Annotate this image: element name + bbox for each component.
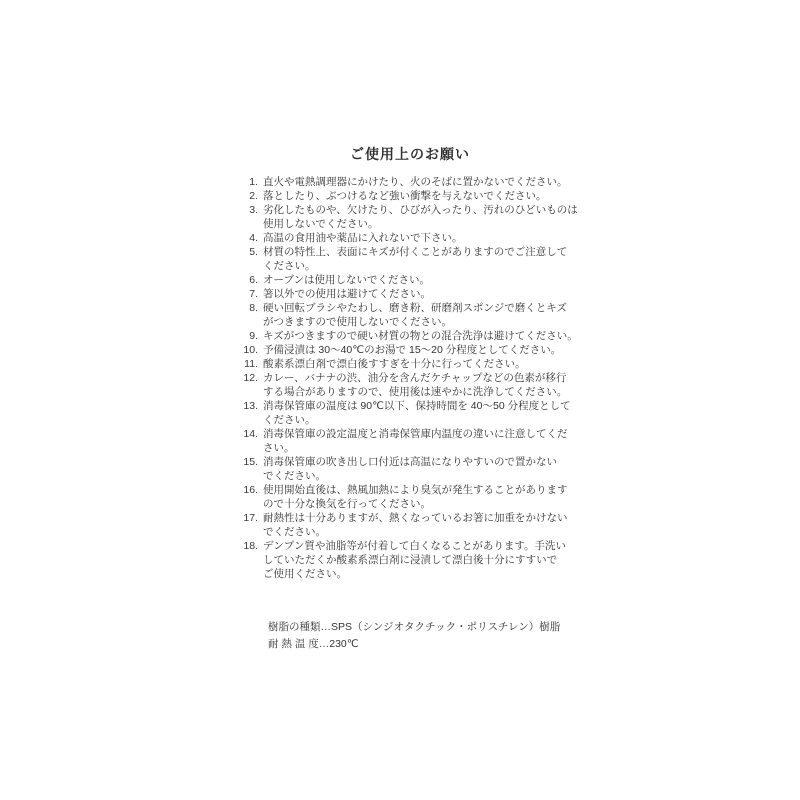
list-item-number: 16. bbox=[240, 483, 263, 497]
list-item-text: カレー、バナナの渋、油分を含んだケチャップなどの色素が移行 する場合がありますの… bbox=[263, 371, 580, 399]
instruction-sheet-page: ご使用上のお願い 1.直火や電熱調理器にかけたり、火のそばに置かないでください。… bbox=[0, 0, 800, 800]
list-item-text: オーブンは使用しないでください。 bbox=[263, 273, 580, 287]
list-item: 7.箸以外での使用は避けてください。 bbox=[240, 287, 580, 301]
list-item: 9.キズがつきますので硬い材質の物との混合洗浄は避けてください。 bbox=[240, 329, 580, 343]
list-item-text: 消毒保管庫の温度は 90℃以下、保持時間を 40〜50 分程度として ください。 bbox=[263, 399, 580, 427]
list-item: 11.酸素系漂白剤で漂白後すすぎを十分に行ってください。 bbox=[240, 357, 580, 371]
list-item-number: 4. bbox=[240, 231, 263, 245]
list-item: 4.高温の食用油や薬品に入れないで下さい。 bbox=[240, 231, 580, 245]
list-item-number: 8. bbox=[240, 301, 263, 315]
list-item-number: 11. bbox=[240, 357, 263, 371]
list-item-text: 酸素系漂白剤で漂白後すすぎを十分に行ってください。 bbox=[263, 357, 580, 371]
list-item-number: 13. bbox=[240, 399, 263, 413]
list-item-text: 消毒保管庫の吹き出し口付近は高温になりやすいので置かない でください。 bbox=[263, 455, 580, 483]
list-item-text: 直火や電熱調理器にかけたり、火のそばに置かないでください。 bbox=[263, 175, 580, 189]
list-item: 14.消毒保管庫の設定温度と消毒保管庫内温度の違いに注意してくだ さい。 bbox=[240, 427, 580, 455]
list-item-text: 高温の食用油や薬品に入れないで下さい。 bbox=[263, 231, 580, 245]
resin-type-line: 樹脂の種類…SPS（シンジオタクチック・ポリスチレン）樹脂 bbox=[268, 619, 580, 636]
list-item-number: 3. bbox=[240, 203, 263, 217]
page-title: ご使用上のお願い bbox=[240, 146, 580, 162]
list-item-text: 硬い回転ブラシやたわし、磨き粉、研磨剤スポンジで磨くとキズ がつきますので使用し… bbox=[263, 301, 580, 329]
list-item-text: 予備浸漬は 30〜40℃のお湯で 15〜20 分程度としてください。 bbox=[263, 343, 580, 357]
list-item-text: キズがつきますので硬い材質の物との混合洗浄は避けてください。 bbox=[263, 329, 580, 343]
list-item: 10.予備浸漬は 30〜40℃のお湯で 15〜20 分程度としてください。 bbox=[240, 343, 580, 357]
list-item: 13.消毒保管庫の温度は 90℃以下、保持時間を 40〜50 分程度として くだ… bbox=[240, 399, 580, 427]
list-item-number: 7. bbox=[240, 287, 263, 301]
list-item: 8.硬い回転ブラシやたわし、磨き粉、研磨剤スポンジで磨くとキズ がつきますので使… bbox=[240, 301, 580, 329]
list-item-text: デンプン質や油脂等が付着して白くなることがあります。手洗い していただくか酸素系… bbox=[263, 539, 580, 581]
list-item-text: 箸以外での使用は避けてください。 bbox=[263, 287, 580, 301]
list-item: 15.消毒保管庫の吹き出し口付近は高温になりやすいので置かない でください。 bbox=[240, 455, 580, 483]
list-item-text: 材質の特性上、表面にキズが付くことがありますのでご注意して ください。 bbox=[263, 245, 580, 273]
list-item: 1.直火や電熱調理器にかけたり、火のそばに置かないでください。 bbox=[240, 175, 580, 189]
list-item: 17.耐熱性は十分ありますが、熱くなっているお箸に加重をかけない でください。 bbox=[240, 511, 580, 539]
list-item-number: 15. bbox=[240, 455, 263, 469]
list-item-number: 9. bbox=[240, 329, 263, 343]
list-item-number: 14. bbox=[240, 427, 263, 441]
list-item-text: 落としたり、ぶつけるなど強い衝撃を与えないでください。 bbox=[263, 189, 580, 203]
list-item: 3.劣化したものや、欠けたり、ひびが入ったり、汚れのひどいものは 使用しないでく… bbox=[240, 203, 580, 231]
list-item-text: 消毒保管庫の設定温度と消毒保管庫内温度の違いに注意してくだ さい。 bbox=[263, 427, 580, 455]
document-content: ご使用上のお願い 1.直火や電熱調理器にかけたり、火のそばに置かないでください。… bbox=[240, 146, 580, 653]
list-item: 18.デンプン質や油脂等が付着して白くなることがあります。手洗い していただくか… bbox=[240, 539, 580, 581]
list-item: 5.材質の特性上、表面にキズが付くことがありますのでご注意して ください。 bbox=[240, 245, 580, 273]
list-item-number: 5. bbox=[240, 245, 263, 259]
list-item-number: 6. bbox=[240, 273, 263, 287]
heat-resistance-line: 耐 熱 温 度…230℃ bbox=[268, 636, 580, 653]
list-item-number: 10. bbox=[240, 343, 263, 357]
list-item-number: 18. bbox=[240, 539, 263, 553]
list-item: 12.カレー、バナナの渋、油分を含んだケチャップなどの色素が移行 する場合があり… bbox=[240, 371, 580, 399]
list-item-number: 12. bbox=[240, 371, 263, 385]
list-item-number: 2. bbox=[240, 189, 263, 203]
list-item: 16.使用開始直後は、熱風加熱により臭気が発生することがあります ので十分な換気… bbox=[240, 483, 580, 511]
list-item-number: 1. bbox=[240, 175, 263, 189]
footer-specs: 樹脂の種類…SPS（シンジオタクチック・ポリスチレン）樹脂 耐 熱 温 度…23… bbox=[268, 619, 580, 653]
instruction-list: 1.直火や電熱調理器にかけたり、火のそばに置かないでください。2.落としたり、ぶ… bbox=[240, 175, 580, 581]
list-item-text: 劣化したものや、欠けたり、ひびが入ったり、汚れのひどいものは 使用しないでくださ… bbox=[263, 203, 580, 231]
list-item-text: 使用開始直後は、熱風加熱により臭気が発生することがあります ので十分な換気を行っ… bbox=[263, 483, 580, 511]
list-item-number: 17. bbox=[240, 511, 263, 525]
list-item: 2.落としたり、ぶつけるなど強い衝撃を与えないでください。 bbox=[240, 189, 580, 203]
list-item-text: 耐熱性は十分ありますが、熱くなっているお箸に加重をかけない でください。 bbox=[263, 511, 580, 539]
list-item: 6.オーブンは使用しないでください。 bbox=[240, 273, 580, 287]
